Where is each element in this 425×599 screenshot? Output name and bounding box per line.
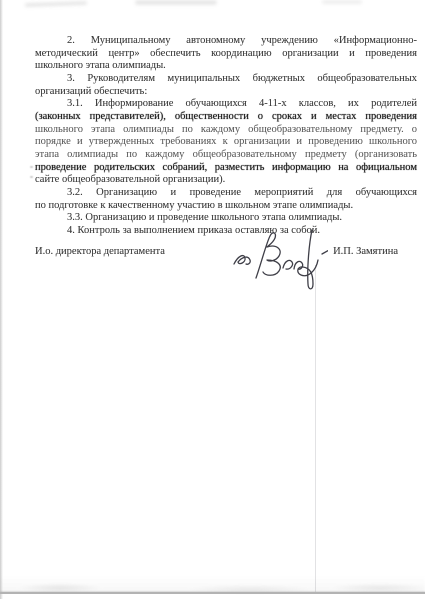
text-line: 4. Контроль за выполнением приказа остав… <box>35 225 417 238</box>
document-text: 2. Муниципальному автономному учреждению… <box>35 35 417 238</box>
scan-speck <box>30 166 33 168</box>
text-line: порядке и утвержденных требованиях к орг… <box>35 136 417 149</box>
text-line: сайте общеобразовательной организации). <box>35 174 417 187</box>
scan-smudge <box>25 1 87 7</box>
paragraph: 3.3. Организацию и проведение школьного … <box>35 212 417 225</box>
scan-smudge <box>322 0 362 4</box>
scan-smudge <box>135 0 217 5</box>
scan-speck <box>30 176 33 178</box>
scan-crease-line <box>315 265 316 592</box>
text-line: 2. Муниципальному автономному учреждению… <box>35 35 417 48</box>
text-line: (законных представителей), общественност… <box>35 111 417 124</box>
text-line: организаций обеспечить: <box>35 86 417 99</box>
scan-edge-left <box>0 0 3 599</box>
scanned-document-page: 2. Муниципальному автономному учреждению… <box>0 0 425 599</box>
scan-edge-bottom <box>0 592 425 594</box>
text-line: по подготовке к качественному участию в … <box>35 200 417 213</box>
text-line: проведение родительских собраний, размес… <box>35 162 417 175</box>
handwritten-signature-icon <box>228 226 328 292</box>
paragraph: 2. Муниципальному автономному учреждению… <box>35 35 417 73</box>
scan-mottle <box>0 576 425 592</box>
text-line: 3.2. Организацию и проведение мероприяти… <box>35 187 417 200</box>
text-line: этапа олимпиады по каждому общеобразоват… <box>35 149 417 162</box>
text-line: школьного этапа олимпиады. <box>35 60 417 73</box>
paragraph: 3.1. Информирование обучающихся 4-11-х к… <box>35 98 417 187</box>
text-line: 3.1. Информирование обучающихся 4-11-х к… <box>35 98 417 111</box>
signature-row: И.о. директора департамента И.П. Замятин… <box>35 246 417 259</box>
text-line: 3. Руководителям муниципальных бюджетных… <box>35 73 417 86</box>
paragraph: 3. Руководителям муниципальных бюджетных… <box>35 73 417 98</box>
text-line: школьного этапа олимпиады по каждому общ… <box>35 124 417 137</box>
paragraph: 4. Контроль за выполнением приказа остав… <box>35 225 417 238</box>
signature-position-label: И.о. директора департамента <box>35 246 165 259</box>
text-line: методический центр» обеспечить координац… <box>35 48 417 61</box>
signature-name: И.П. Замятина <box>333 246 398 259</box>
text-line: 3.3. Организацию и проведение школьного … <box>35 212 417 225</box>
paragraph: 3.2. Организацию и проведение мероприяти… <box>35 187 417 212</box>
